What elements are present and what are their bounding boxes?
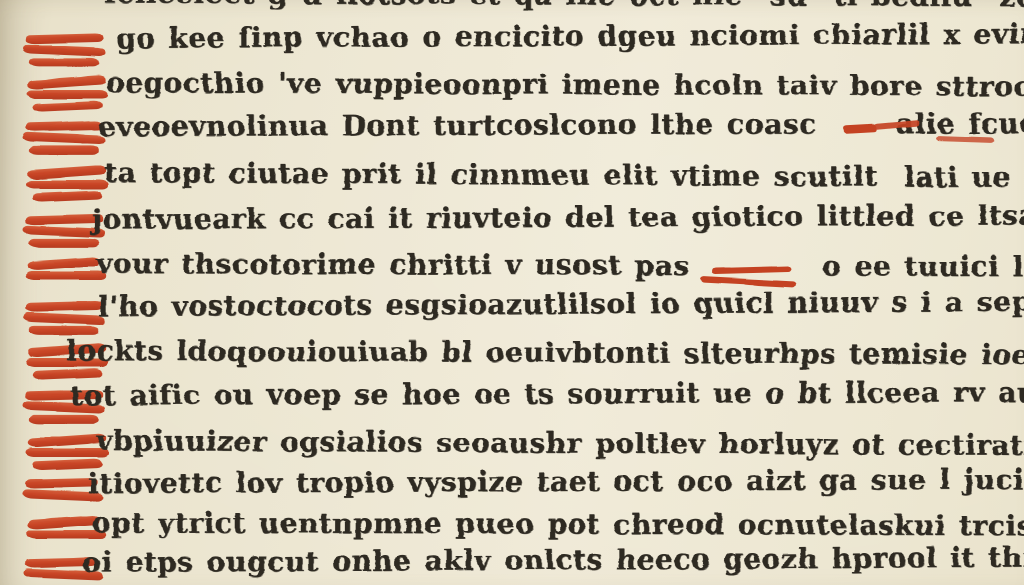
manuscript-line-text: go kee ſinp vchao o encicito dgeu nciomi… <box>116 17 1024 55</box>
manuscript-line-text: oi etps ougcut onhe aklv onlcts heeco ge… <box>82 541 1024 579</box>
manuscript-line: eveoevnolinua Dont turtcoslcono lthe coa… <box>0 110 1024 156</box>
rubric-paragraph-mark <box>23 118 108 158</box>
manuscript-line-text: lockts ldoqoouiouiuab bl oeuivbtonti slt… <box>66 334 1024 371</box>
manuscript-line-text: vour thscotorime chritti v usost pas o e… <box>96 247 1024 284</box>
manuscript-line: oi etps ougcut onhe aklv onlcts heeco ge… <box>0 546 1024 585</box>
rubric-paragraph-mark <box>23 30 108 70</box>
manuscript-page: felleeleet g u ilotsots et qa ine oct ni… <box>0 0 1024 585</box>
manuscript-line: l'ho vostoctocots esgsioazutlilsol io qu… <box>0 290 1024 336</box>
manuscript-line: go kee ſinp vchao o encicito dgeu nciomi… <box>0 22 1024 68</box>
manuscript-line: oegocthio 've vuppieoonpri imene hcoln t… <box>0 66 1024 112</box>
manuscript-line-text: felleeleet g u ilotsots et qa ine oct ni… <box>104 0 1024 14</box>
manuscript-line: lockts ldoqoouiouiuab bl oeuivbtonti slt… <box>0 334 1024 380</box>
manuscript-line-text: l'ho vostoctocots esgsioazutlilsol io qu… <box>98 285 1024 323</box>
manuscript-line: ta topt ciutae prit il cinnmeu elit vtim… <box>0 156 1024 202</box>
manuscript-line-text: vbpiuuizer ogsialios seoaushr poltlev ho… <box>96 424 1024 462</box>
rubric-paragraph-mark <box>23 298 108 338</box>
rubric-paragraph-mark <box>26 74 111 115</box>
manuscript-line: jontvueark cc cai it riuvteio del tea gi… <box>0 203 1024 249</box>
manuscript-line-text: jontvueark cc cai it riuvteio del tea gi… <box>92 198 1024 236</box>
manuscript-line-text: oegocthio 've vuppieoonpri imene hcoln t… <box>106 66 1024 103</box>
manuscript-line-text: itiovettc lov tropio vyspize taet oct oc… <box>88 462 1024 500</box>
manuscript-line-text: opt ytrict uentnpmne pueo pot chreod ocn… <box>92 506 1024 543</box>
manuscript-line-text: ta topt ciutae prit il cinnmeu elit vtim… <box>104 156 1011 194</box>
manuscript-line: tot aific ou voep se hoe oe ts sourruit … <box>0 379 1024 425</box>
manuscript-text-block: felleeleet g u ilotsots et qa ine oct ni… <box>0 0 1024 585</box>
manuscript-line-text: tot aific ou voep se hoe oe ts sourruit … <box>70 375 1024 412</box>
rubric-paragraph-mark <box>26 164 111 205</box>
